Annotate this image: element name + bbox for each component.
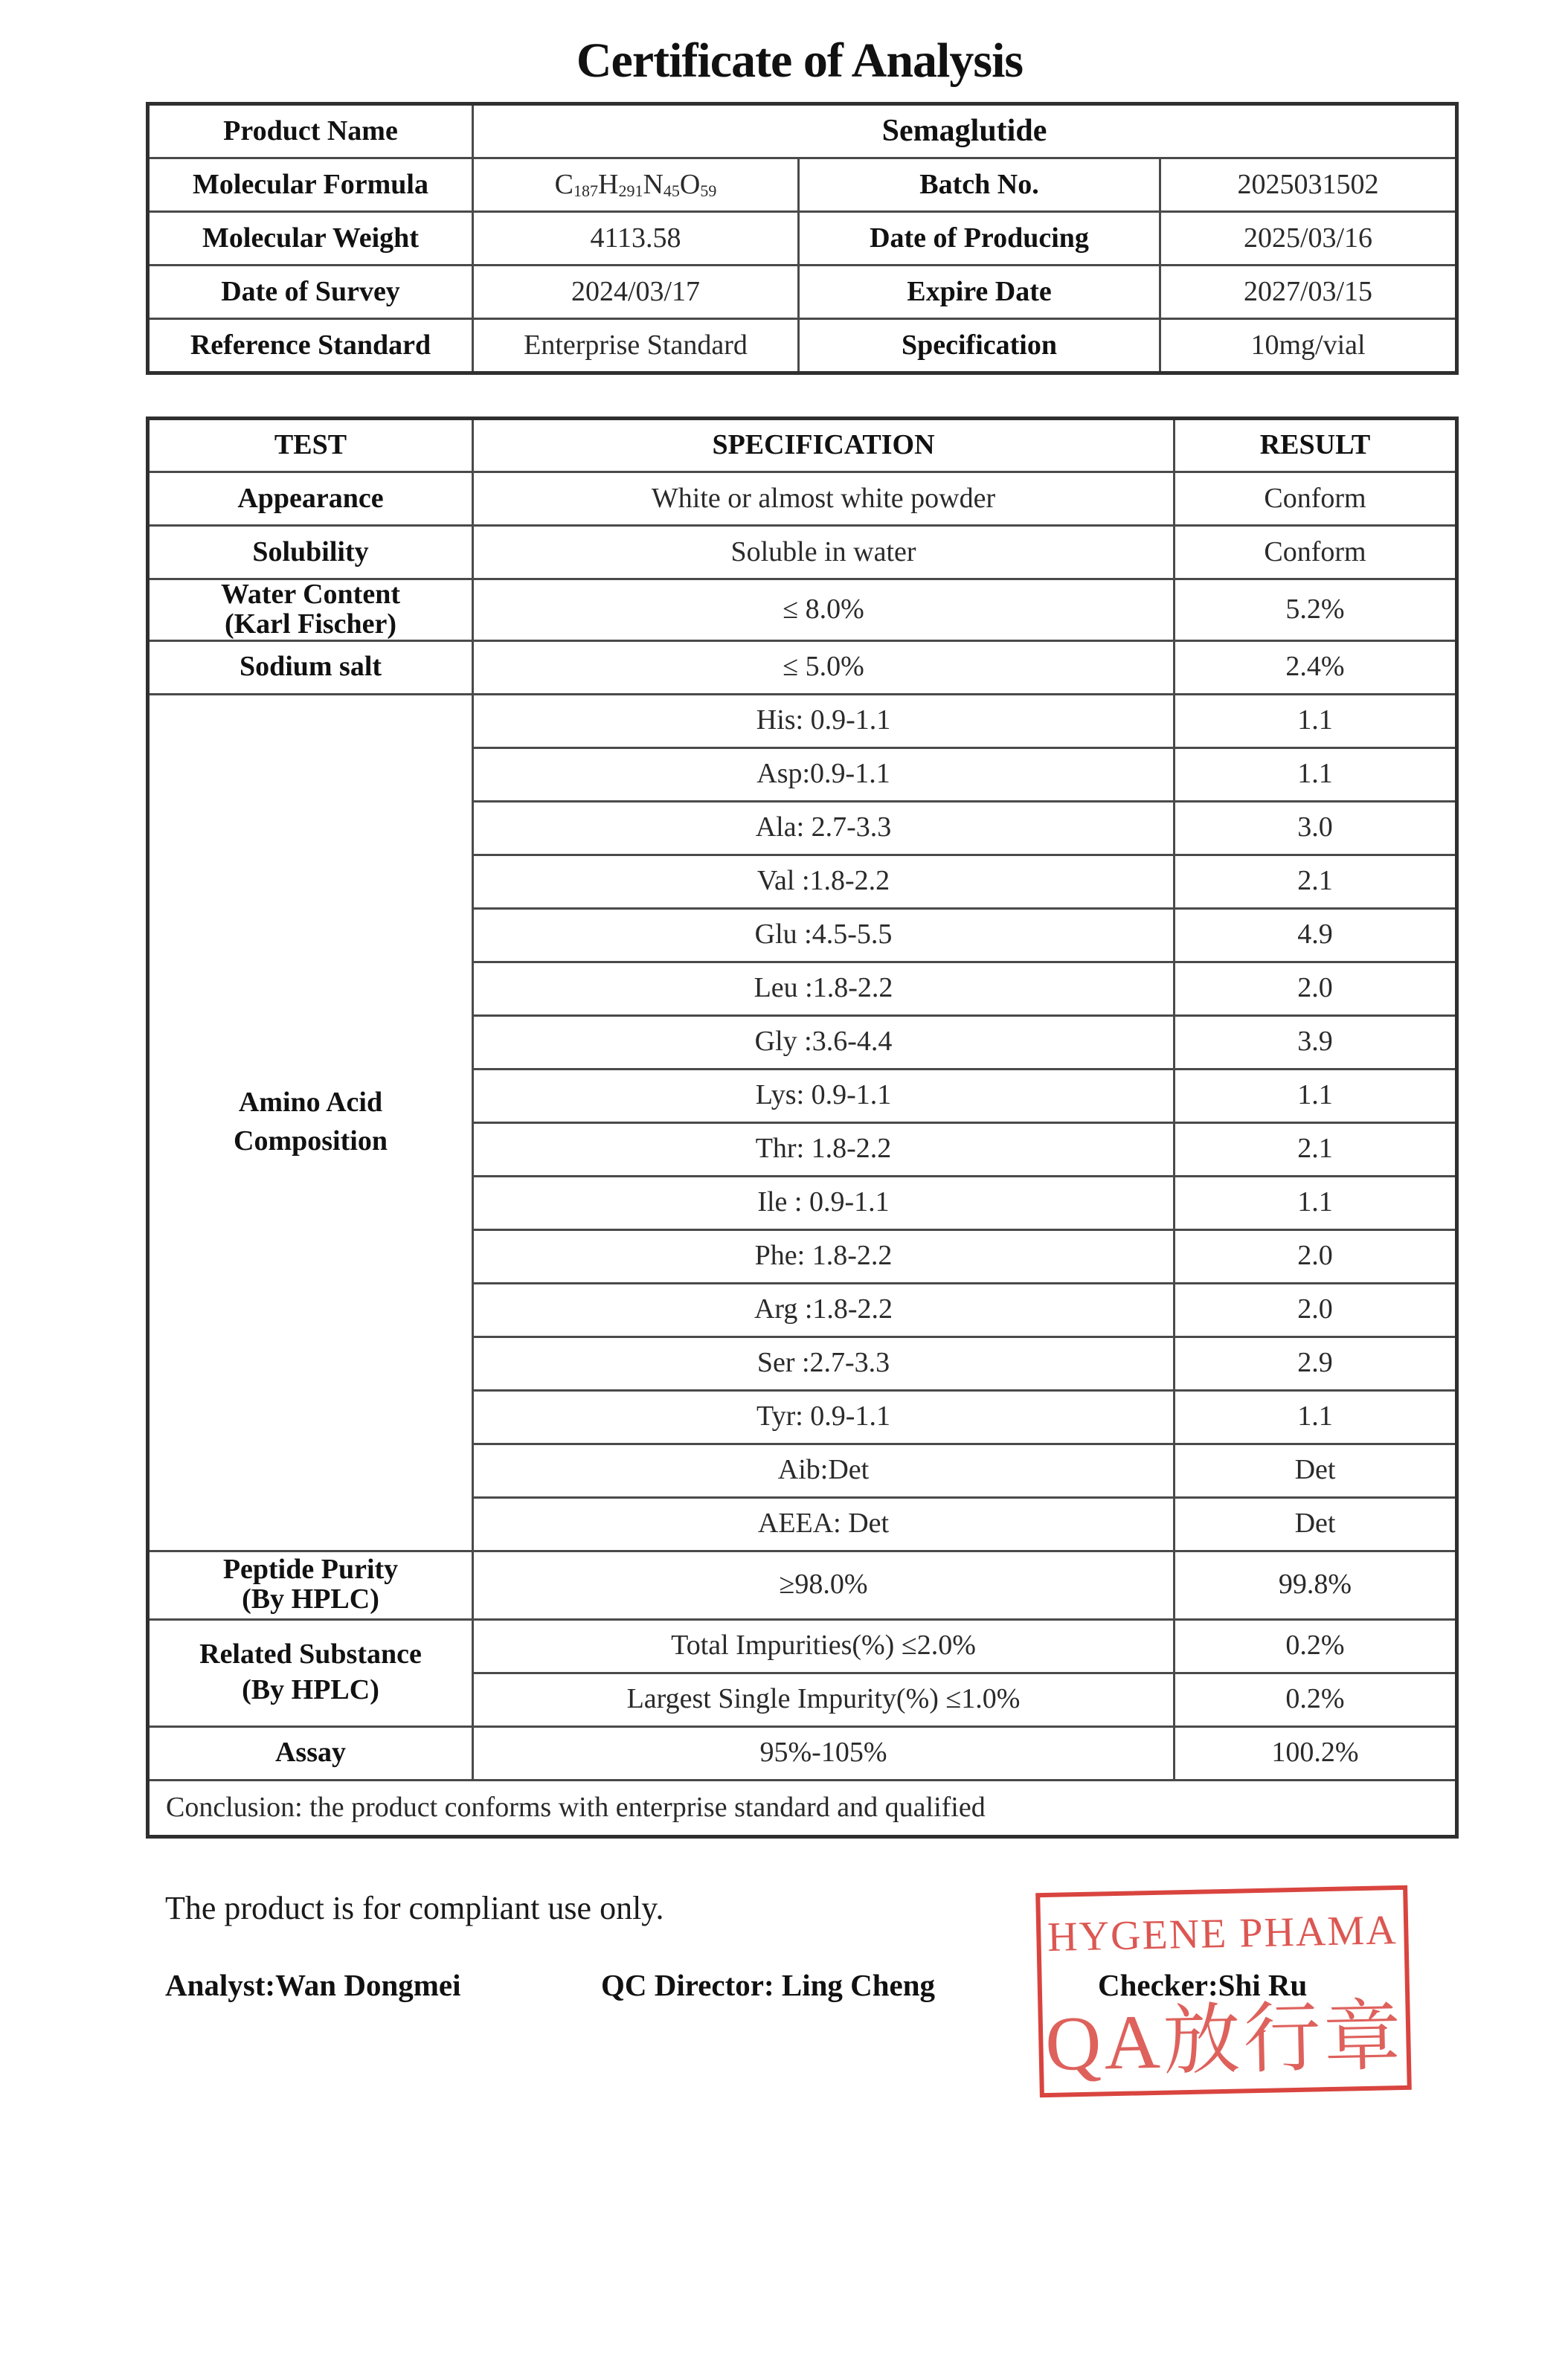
- info-row-weight: Molecular Weight 4113.58 Date of Produci…: [148, 212, 1457, 266]
- test-name-line1: Peptide Purity: [154, 1555, 467, 1585]
- test-result: 2.1: [1175, 855, 1457, 908]
- test-result: 1.1: [1175, 747, 1457, 801]
- test-result: 2.9: [1175, 1337, 1457, 1390]
- test-result: 1.1: [1175, 1390, 1457, 1444]
- test-spec: Lys: 0.9-1.1: [473, 1069, 1175, 1122]
- test-spec: Soluble in water: [473, 526, 1175, 579]
- analyst-signature: Analyst:Wan Dongmei: [165, 1967, 461, 2003]
- checker-signature: Checker:Shi Ru: [1098, 1967, 1307, 2003]
- test-result: 5.2%: [1175, 579, 1457, 641]
- test-result: 99.8%: [1175, 1551, 1457, 1619]
- info-row-formula: Molecular Formula C187H291N45O59 Batch N…: [148, 158, 1457, 212]
- test-name: Related Substance(By HPLC): [148, 1619, 473, 1726]
- test-result: Conform: [1175, 526, 1457, 579]
- reference-standard-value: Enterprise Standard: [473, 319, 799, 373]
- batch-no-value: 2025031502: [1160, 158, 1457, 212]
- molecular-formula-value: C187H291N45O59: [473, 158, 799, 212]
- test-name: Assay: [148, 1726, 473, 1780]
- test-result: 3.0: [1175, 801, 1457, 855]
- expire-date-label: Expire Date: [799, 266, 1160, 319]
- test-result: Det: [1175, 1444, 1457, 1497]
- date-producing-value: 2025/03/16: [1160, 212, 1457, 266]
- test-spec: ≥98.0%: [473, 1551, 1175, 1619]
- test-name: Solubility: [148, 526, 473, 579]
- test-spec: Thr: 1.8-2.2: [473, 1122, 1175, 1176]
- test-name-line1: Water Content: [154, 580, 467, 610]
- conclusion-text: Conclusion: the product conforms with en…: [148, 1780, 1457, 1836]
- stamp-company-name: HYGENE PHAMA: [1041, 1906, 1404, 1961]
- test-name: Amino AcidComposition: [148, 694, 473, 1551]
- table-row-water-content: Water Content(Karl Fischer) ≤ 8.0% 5.2%: [148, 579, 1457, 641]
- info-row-product: Product Name Semaglutide: [148, 104, 1457, 158]
- test-spec: Aib:Det: [473, 1444, 1175, 1497]
- test-result: 3.9: [1175, 1015, 1457, 1069]
- reference-standard-label: Reference Standard: [148, 319, 473, 373]
- test-spec: Leu :1.8-2.2: [473, 962, 1175, 1015]
- test-result: 0.2%: [1175, 1673, 1457, 1726]
- table-header-row: TEST SPECIFICATION RESULT: [148, 419, 1457, 472]
- test-spec: His: 0.9-1.1: [473, 694, 1175, 747]
- specification-label: Specification: [799, 319, 1160, 373]
- product-name-value: Semaglutide: [473, 104, 1457, 158]
- test-name-line1: Related Substance: [154, 1640, 467, 1670]
- test-spec: Asp:0.9-1.1: [473, 747, 1175, 801]
- test-result: 1.1: [1175, 1069, 1457, 1122]
- info-row-survey: Date of Survey 2024/03/17 Expire Date 20…: [148, 266, 1457, 319]
- table-row-conclusion: Conclusion: the product conforms with en…: [148, 1780, 1457, 1836]
- test-spec: Arg :1.8-2.2: [473, 1283, 1175, 1337]
- test-result: 1.1: [1175, 694, 1457, 747]
- date-survey-label: Date of Survey: [148, 266, 473, 319]
- test-spec: ≤ 8.0%: [473, 579, 1175, 641]
- test-name-line1: Amino Acid: [154, 1088, 467, 1118]
- test-spec: Ala: 2.7-3.3: [473, 801, 1175, 855]
- test-result: 2.0: [1175, 1283, 1457, 1337]
- table-row-amino-acid: Amino AcidCompositionHis: 0.9-1.11.1: [148, 694, 1457, 747]
- test-spec: Glu :4.5-5.5: [473, 908, 1175, 962]
- test-name: Water Content(Karl Fischer): [148, 579, 473, 641]
- test-name: Appearance: [148, 472, 473, 526]
- table-row-sodium-salt: Sodium salt ≤ 5.0% 2.4%: [148, 640, 1457, 694]
- table-row-assay: Assay 95%-105% 100.2%: [148, 1726, 1457, 1780]
- test-result: 2.0: [1175, 962, 1457, 1015]
- molecular-weight-value: 4113.58: [473, 212, 799, 266]
- test-spec: ≤ 5.0%: [473, 640, 1175, 694]
- test-spec: Largest Single Impurity(%) ≤1.0%: [473, 1673, 1175, 1726]
- test-spec: Ser :2.7-3.3: [473, 1337, 1175, 1390]
- test-name-line2: (By HPLC): [154, 1676, 467, 1705]
- test-name-line2: (Karl Fischer): [154, 610, 467, 640]
- test-name: Sodium salt: [148, 640, 473, 694]
- batch-no-label: Batch No.: [799, 158, 1160, 212]
- test-spec: Val :1.8-2.2: [473, 855, 1175, 908]
- header-specification: SPECIFICATION: [473, 419, 1175, 472]
- test-spec: Ile : 0.9-1.1: [473, 1176, 1175, 1229]
- table-row-peptide-purity: Peptide Purity(By HPLC) ≥98.0% 99.8%: [148, 1551, 1457, 1619]
- date-survey-value: 2024/03/17: [473, 266, 799, 319]
- compliance-note: The product is for compliant use only.: [165, 1889, 663, 1927]
- test-spec: 95%-105%: [473, 1726, 1175, 1780]
- table-row-solubility: Solubility Soluble in water Conform: [148, 526, 1457, 579]
- info-row-reference: Reference Standard Enterprise Standard S…: [148, 319, 1457, 373]
- test-result: 100.2%: [1175, 1726, 1457, 1780]
- molecular-formula-label: Molecular Formula: [148, 158, 473, 212]
- test-result: 2.4%: [1175, 640, 1457, 694]
- test-name-line2: (By HPLC): [154, 1585, 467, 1615]
- test-result: Det: [1175, 1497, 1457, 1551]
- test-result: 0.2%: [1175, 1619, 1457, 1673]
- test-name-line2: Composition: [154, 1127, 467, 1157]
- qc-director-signature: QC Director: Ling Cheng: [601, 1967, 935, 2003]
- table-row-appearance: Appearance White or almost white powder …: [148, 472, 1457, 526]
- test-spec: White or almost white powder: [473, 472, 1175, 526]
- test-name: Peptide Purity(By HPLC): [148, 1551, 473, 1619]
- product-name-label: Product Name: [148, 104, 473, 158]
- date-producing-label: Date of Producing: [799, 212, 1160, 266]
- document-title: Certificate of Analysis: [0, 33, 1568, 89]
- test-spec: AEEA: Det: [473, 1497, 1175, 1551]
- test-result: 4.9: [1175, 908, 1457, 962]
- product-info-table: Product Name Semaglutide Molecular Formu…: [146, 102, 1459, 375]
- test-results-table: TEST SPECIFICATION RESULT Appearance Whi…: [146, 416, 1459, 1839]
- expire-date-value: 2027/03/15: [1160, 266, 1457, 319]
- header-result: RESULT: [1175, 419, 1457, 472]
- table-row-related-substance: Related Substance(By HPLC) Total Impurit…: [148, 1619, 1457, 1673]
- molecular-weight-label: Molecular Weight: [148, 212, 473, 266]
- specification-value: 10mg/vial: [1160, 319, 1457, 373]
- test-result: 2.0: [1175, 1229, 1457, 1283]
- test-spec: Gly :3.6-4.4: [473, 1015, 1175, 1069]
- test-spec: Tyr: 0.9-1.1: [473, 1390, 1175, 1444]
- header-test: TEST: [148, 419, 473, 472]
- test-spec: Phe: 1.8-2.2: [473, 1229, 1175, 1283]
- test-result: Conform: [1175, 472, 1457, 526]
- test-spec: Total Impurities(%) ≤2.0%: [473, 1619, 1175, 1673]
- test-result: 2.1: [1175, 1122, 1457, 1176]
- test-result: 1.1: [1175, 1176, 1457, 1229]
